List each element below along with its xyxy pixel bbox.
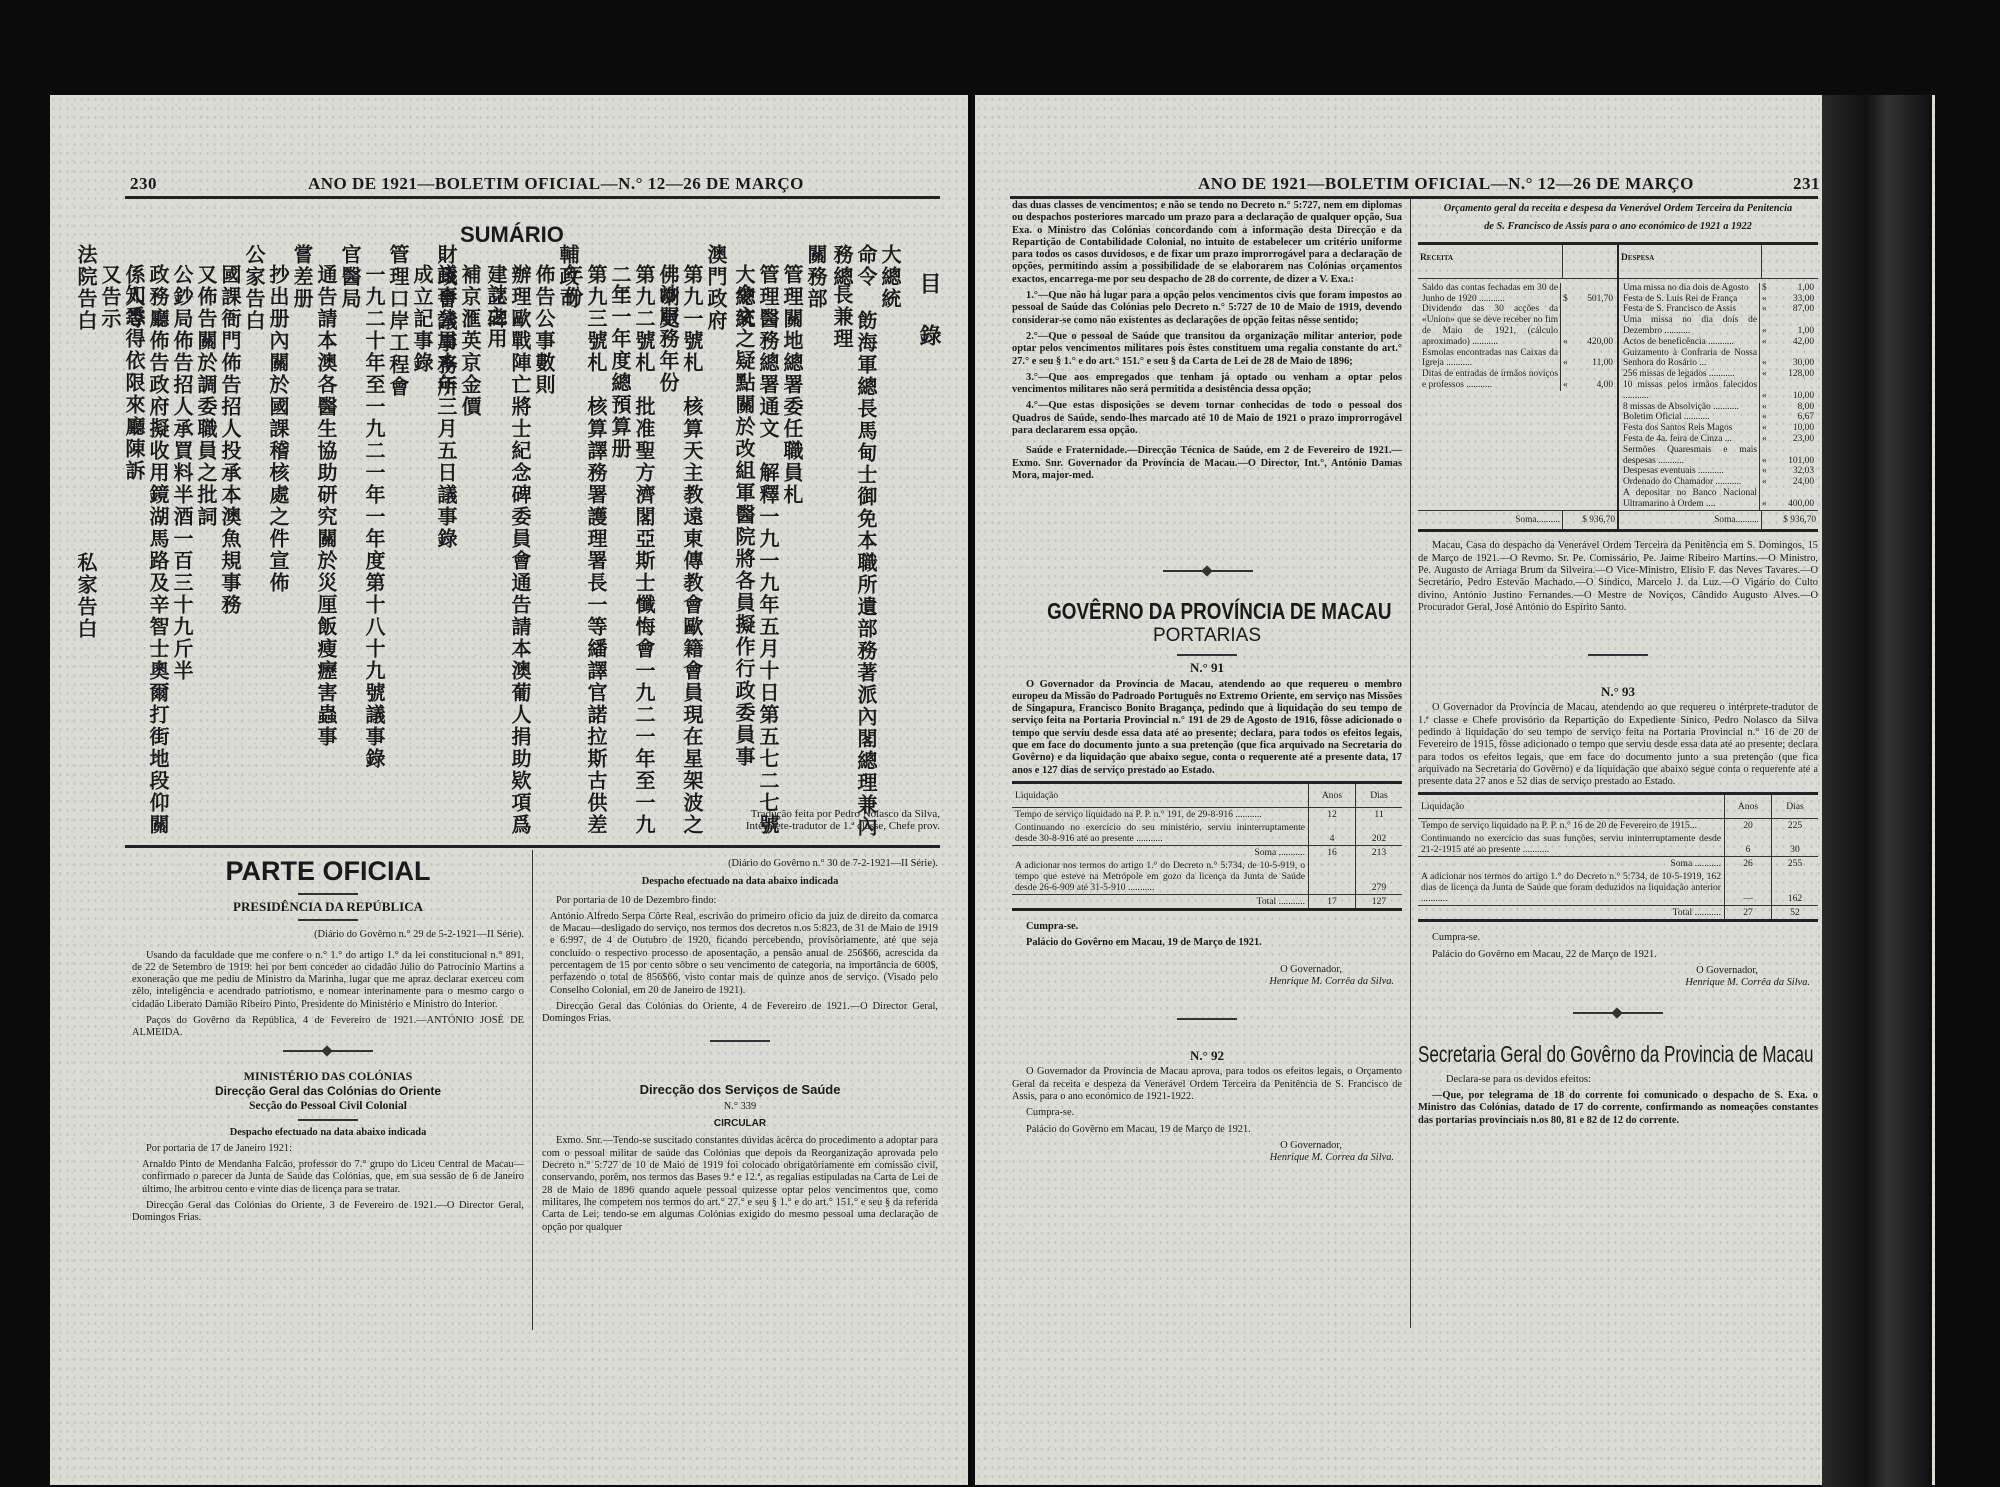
receita-row: Ditas de entradas de irmãos noviços e pr… — [1420, 369, 1615, 391]
parte-oficial-column: PARTE OFICIAL PRESIDÊNCIA DA REPÚBLICA (… — [132, 855, 524, 1229]
separator — [1163, 570, 1253, 572]
header-rule — [125, 196, 940, 199]
orcamento-section: Orçamento geral da receita e despesa da … — [1418, 200, 1818, 1131]
right-page-number: 231 — [1793, 174, 1820, 194]
despesa-row: 10 missas pelos irmãos falecidos .......… — [1621, 380, 1816, 402]
despesa-row: Festa de 4a. feira de Cinza ...«23,00 — [1621, 434, 1816, 445]
summary-column: 關務部 — [804, 244, 828, 844]
summary-column: 長兼理 — [830, 284, 854, 844]
receita-list: Saldo das contas fechadas em 30 de Junho… — [1418, 278, 1618, 510]
portarias-heading: PORTARIAS — [1012, 630, 1402, 642]
table-row: A adicionar nos termos do artigo 1.° do … — [1012, 859, 1402, 895]
translation-note-line: Tradução feita por Pedro Nolasco da Silv… — [620, 808, 940, 820]
despesa-row: Uma missa no dia dois de Agosto$1,00 — [1621, 283, 1816, 294]
despesa-row: Festa de S. Francisco de Assis«87,00 — [1621, 304, 1816, 315]
left-page-number: 230 — [130, 174, 157, 194]
governor-title: O Governador, — [1012, 964, 1402, 976]
col-header: Liquidação — [1012, 782, 1309, 807]
col-header: Dias — [1772, 794, 1819, 819]
despesa-header: Despesa — [1618, 244, 1762, 279]
despesa-row: Ordenado do Chamador ...........«24,00 — [1621, 477, 1816, 488]
book-spine-shadow — [1822, 95, 1932, 1487]
column-divider — [532, 850, 533, 1330]
portaria-body: O Governador da Província de Macau, aten… — [1418, 702, 1818, 788]
summary-column: 管理關地總署委任職員札 — [780, 264, 804, 844]
portaria-body: O Governador da Província de Macau, aten… — [1012, 679, 1402, 777]
ordem-terceira-signatures: Macau, Casa do despacho da Venerável Ord… — [1418, 540, 1818, 614]
cumpra-se: Cumpra-se. — [1418, 932, 1818, 944]
despesa-row: Uma missa no dia dois de Dezembro ......… — [1621, 315, 1816, 337]
summary-chinese-title: 目錄 — [916, 272, 940, 376]
receita-row: Esmolas encontradas nas Caixas da Igreja… — [1420, 348, 1615, 370]
circular-item: 2.°—Que o pessoal de Saúde que transitou… — [1012, 331, 1402, 368]
circular-number: N.° 339 — [542, 1101, 938, 1113]
summary-column: 國課衙門佈告招人投承本澳魚規事務 — [218, 264, 242, 844]
portaria-body: O Governador da Província de Macau aprov… — [1012, 1066, 1402, 1103]
despesa-row: Sermões Quaresmais e mais despesas .....… — [1621, 445, 1816, 467]
col-header: Anos — [1309, 782, 1356, 807]
cumpra-se: Cumpra-se. — [1012, 1107, 1402, 1119]
ministerio-section: Secção do Pessoal Civil Colonial — [132, 1100, 524, 1112]
governo-heading: GOVÊRNO DA PROVÍNCIA DE MACAU — [1047, 598, 1367, 624]
summary-column: 又佈告關於調委職員之批詞 — [194, 264, 218, 844]
summary-column: 佈告公事數則 — [532, 264, 556, 844]
summary-column: 管理口岸工程會 — [386, 244, 410, 844]
summary-column: 輔政司 — [556, 244, 580, 844]
diario-source: (Diário do Govêrno n.° 30 de 7-2-1921—II… — [542, 858, 938, 870]
despesa-row: Actos de beneficência ...........«42,00 — [1621, 337, 1816, 348]
governor-signature: Henrique M. Corrêa da Silva. — [1685, 977, 1810, 988]
circular-closing: Saúde e Fraternidade.—Direcção Técnica d… — [1012, 445, 1402, 482]
header-rule — [1010, 196, 1818, 199]
orcamento-title: Orçamento geral da receita e despesa da … — [1418, 200, 1818, 236]
governo-section: GOVÊRNO DA PROVÍNCIA DE MACAU PORTARIAS … — [1012, 598, 1402, 1165]
table-row: Continuando no exercício das suas funçõe… — [1418, 832, 1818, 857]
receita-row: Dividendo das 30 acções da «Union» que s… — [1420, 304, 1615, 347]
summary-column: 知悉得依限來廳陳訴 — [122, 284, 146, 844]
parte-oficial-column-2: (Diário do Govêrno n.° 30 de 7-2-1921—II… — [542, 858, 938, 1238]
summary-column: 年一年度總預算册 — [608, 284, 632, 844]
despesa-row: 256 missas de legados ...........«128,00 — [1621, 369, 1816, 380]
despacho-body: António Alfredo Serpa Côrte Real, escriv… — [542, 911, 938, 997]
column-divider — [1410, 198, 1411, 1328]
presidencia-closing: Paços do Govêrno da República, 4 de Feve… — [132, 1015, 524, 1040]
presidencia-body: Usando da faculdade que me confere o n.°… — [132, 950, 524, 1011]
summary-column: 沙服務年份 — [656, 284, 680, 844]
ministerio-closing: Direcção Geral das Colónias do Oriente, … — [132, 1200, 524, 1225]
orcamento-table: Receita Despesa Saldo das contas fechada… — [1418, 242, 1818, 532]
table-row: Tempo de serviço liquidado na P. P. n.° … — [1012, 807, 1402, 821]
chinese-summary: 目錄 大總統 命令 飭海軍總長馬甸士御免本職所遺部務著派內閣總理兼內務總 長兼理… — [118, 244, 940, 854]
translation-note: Tradução feita por Pedro Nolasco da Silv… — [620, 808, 940, 833]
table-row: Total ...........17127 — [1012, 894, 1402, 909]
despesa-row: Festa dos Santos Reis Magos«10,00 — [1621, 423, 1816, 434]
governor-title: O Governador, — [1012, 1140, 1402, 1152]
summary-column: 法院告白 私家告白 — [74, 244, 98, 844]
summary-column: 嘗差册 — [290, 244, 314, 844]
despesa-row: Festa de S. Luís Rei de França«33,00 — [1621, 294, 1816, 305]
presidencia-heading: PRESIDÊNCIA DA REPÚBLICA — [132, 901, 524, 913]
cumpra-se: Cumpra-se. — [1012, 921, 1402, 933]
circular-label: CIRCULAR — [542, 1118, 938, 1130]
summary-column: 成立記事錄 — [410, 264, 434, 844]
receita-row: Saldo das contas fechadas em 30 de Junho… — [1420, 283, 1615, 305]
table-row: A adicionar nos termos do artigo 1.° do … — [1418, 870, 1818, 906]
table-row: Soma ...........16213 — [1012, 845, 1402, 859]
left-running-head: ANO DE 1921—BOLETIM OFICIAL—N.° 12—26 DE… — [308, 174, 804, 194]
portaria-date: Por portaria de 17 de Janeiro 1921: — [132, 1143, 524, 1155]
continuation-text: das duas classes de vencimentos; e não s… — [1012, 200, 1402, 286]
ministerio-subheading: Direcção Geral das Colónias do Oriente — [132, 1085, 524, 1097]
circular-continuation: das duas classes de vencimentos; e não s… — [1012, 200, 1402, 486]
section-rule — [125, 845, 940, 848]
palacio-date: Palácio do Govêrno em Macau, 22 de Março… — [1418, 949, 1818, 961]
col-header: Liquidação — [1418, 794, 1725, 819]
palacio-date: Palácio do Govêrno em Macau, 19 de Março… — [1012, 937, 1402, 949]
despesa-row: Despesas eventuais ...........«32,03 — [1621, 466, 1816, 477]
table-row: Continuando no exercício do seu ministér… — [1012, 821, 1402, 846]
summary-column: 財政會議事務所 — [434, 244, 458, 844]
despacho-heading: Despacho efectuado na data abaixo indica… — [542, 876, 938, 888]
ministerio-body: Arnaldo Pinto de Mendanha Falcão, profes… — [132, 1159, 524, 1196]
governor-signature: Henrique M. Corrêa da Silva. — [1269, 976, 1394, 987]
presidencia-source: (Diário do Govêrno n.° 29 de 5-2-1921—II… — [132, 929, 524, 941]
right-running-head: ANO DE 1921—BOLETIM OFICIAL—N.° 12—26 DE… — [1198, 174, 1694, 194]
despacho-closing: Direcção Geral das Colónias do Oriente, … — [542, 1001, 938, 1026]
summary-column: 令文之疑點關於改組軍醫院將各員擬作行政委員事 — [732, 284, 756, 844]
portaria-number: N.° 92 — [1012, 1050, 1402, 1062]
summary-column: 公鈔局佈告招人承買料半酒一百三十九斤半 — [170, 264, 194, 844]
receita-header: Receita — [1418, 244, 1563, 279]
secretaria-body: —Que, por telegrama de 18 do corrente fo… — [1418, 1090, 1818, 1127]
table-row: Tempo de serviço liquidado na P. P. n.° … — [1418, 819, 1818, 833]
parte-oficial-title: PARTE OFICIAL — [132, 855, 524, 887]
liquidacao-table-91: LiquidaçãoAnosDias Tempo de serviço liqu… — [1012, 781, 1402, 911]
despesa-list: Uma missa no dia dois de Agosto$1,00 Fes… — [1618, 278, 1818, 510]
portaria-date: Por portaria de 10 de Dezembro findo: — [542, 895, 938, 907]
summary-column: 官醫局 — [338, 244, 362, 844]
table-row: Soma ...........26255 — [1418, 857, 1818, 871]
despesa-row: 8 missas de Absolvição ...........«8,00 — [1621, 402, 1816, 413]
circular-item: 1.°—Que não há lugar para a opção pelos … — [1012, 290, 1402, 327]
summary-column: 抄出册內關於國課稽核處之件宣佈 — [266, 264, 290, 844]
governor-title: O Governador, — [1418, 965, 1818, 977]
col-header: Anos — [1725, 794, 1772, 819]
secretaria-intro: Declara-se para os devidos efeitos: — [1418, 1074, 1818, 1086]
saude-heading: Direcção dos Serviços de Saúde — [542, 1084, 938, 1096]
soma-row: Soma.......... $ 936,70 Soma.......... $… — [1418, 510, 1818, 531]
despacho-heading: Despacho efectuado na data abaixo indica… — [132, 1127, 524, 1139]
table-row: Total ...........2752 — [1418, 906, 1818, 921]
portaria-number: N.° 91 — [1012, 662, 1402, 674]
translation-note-line: Intérprete-tradutor de 1.ª classe, Chefe… — [620, 820, 940, 832]
summary-column: 大總統 — [878, 244, 902, 844]
liquidacao-table-93: LiquidaçãoAnosDias Tempo de serviço liqu… — [1418, 792, 1818, 922]
portaria-number: N.° 93 — [1418, 686, 1818, 698]
palacio-date: Palácio do Govêrno em Macau, 19 de Março… — [1012, 1124, 1402, 1136]
governor-signature: Henrique M. Correa da Silva. — [1270, 1152, 1394, 1163]
summary-column: 又告示 — [98, 264, 122, 844]
summary-column: 澳門政府 — [704, 244, 728, 844]
circular-item: 3.°—Que aos empregados que tenham já opt… — [1012, 372, 1402, 397]
col-header: Dias — [1356, 782, 1403, 807]
despesa-row: Guizamento à Confraria de Nossa Senhora … — [1621, 348, 1816, 370]
summary-column: 公家告白 — [242, 244, 266, 844]
despesa-row: A depositar no Banco Nacional Ultramarin… — [1621, 488, 1816, 510]
summary-column: 通告請本澳各醫生協助研究關於災厘飯瘦癧害蟲事 — [314, 264, 338, 844]
despesa-row: Boletim Oficial ...........«6,67 — [1621, 412, 1816, 423]
summary-column: 誌之用 — [484, 284, 508, 844]
ministerio-heading: MINISTÉRIO DAS COLÓNIAS — [132, 1070, 524, 1082]
secretaria-heading: Secretaria Geral do Govêrno da Provincia… — [1418, 1040, 1714, 1068]
circular-body: Exmo. Snr.—Tendo-se suscitado constantes… — [542, 1135, 938, 1233]
circular-item: 4.°—Que estas disposições se devem torna… — [1012, 400, 1402, 437]
summary-column: 一九二十年至一九二一年一年度第十八十九號議事錄 — [362, 264, 386, 844]
